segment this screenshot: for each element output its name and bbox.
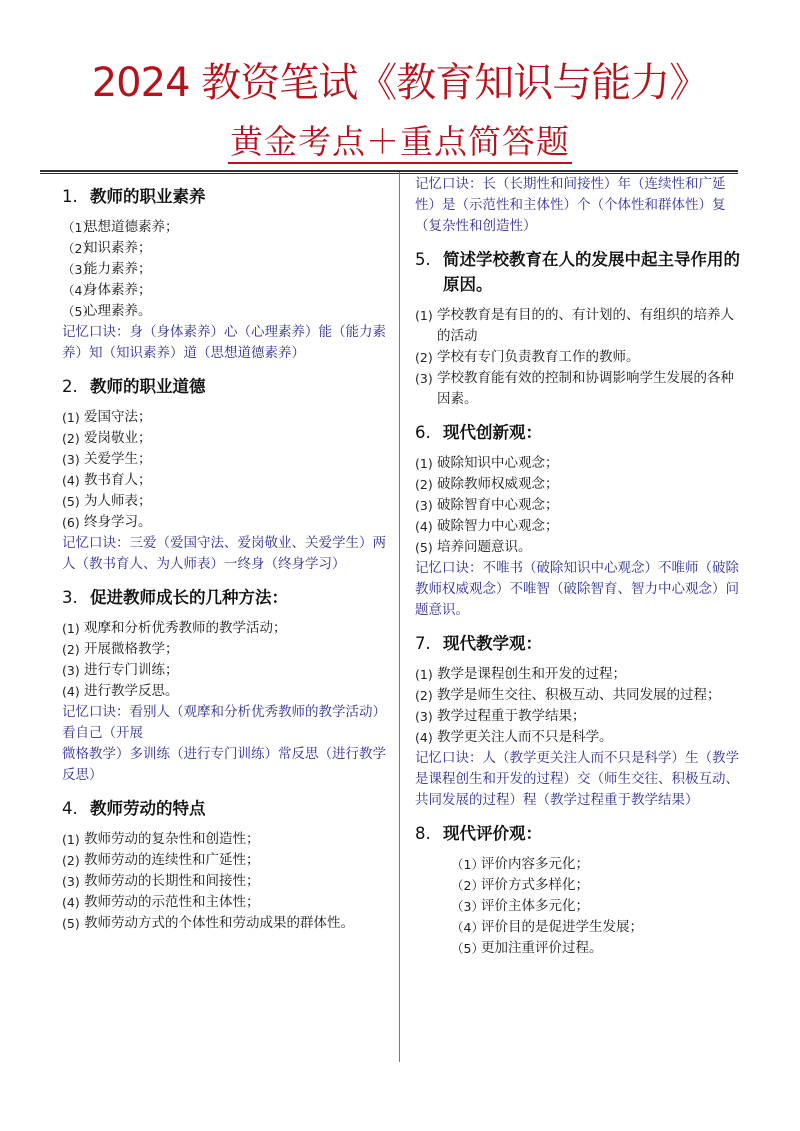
item-index: (3) [415, 368, 437, 410]
section-number: 7. [415, 631, 443, 656]
section-heading: 5. 简述学校教育在人的发展中起主导作用的原因。 [415, 247, 740, 297]
section-title: 教师劳动的特点 [90, 796, 392, 821]
document-subtitle: 黄金考点＋重点简答题 [228, 122, 572, 164]
section-title: 现代教学观： [443, 631, 740, 656]
item-text: 教书育人； [84, 470, 392, 491]
item-index: (5) [62, 913, 84, 934]
right-column: 记忆口诀：长（长期性和间接性）年（连续性和广延性）是（示范性和主体性）个（个体性… [415, 174, 740, 959]
list-item: （1）评价内容多元化； [451, 854, 740, 875]
item-text: 破除知识中心观念； [437, 453, 740, 474]
item-text: 破除智育中心观念； [437, 495, 740, 516]
section-number: 4. [62, 796, 90, 821]
item-text: 破除智力中心观念； [437, 516, 740, 537]
item-index: (1) [62, 829, 84, 850]
item-list: (1)观摩和分析优秀教师的教学活动； (2)开展微格教学； (3)进行专门训练；… [62, 618, 392, 702]
item-text: 教师劳动的长期性和间接性； [84, 871, 392, 892]
mnemonic-line: 记忆口诀：看别人（观摩和分析优秀教师的教学活动）看自己（开展 [62, 702, 392, 744]
section-2: 2. 教师的职业道德 (1)爱国守法； (2)爱岗敬业； (3)关爱学生； (4… [62, 374, 392, 575]
list-item: (1)学校教育是有目的的、有计划的、有组织的培养人的活动 [415, 305, 740, 347]
item-index: (5) [415, 537, 437, 558]
item-text: 教学过程重于教学结果； [437, 706, 740, 727]
list-item: (5)培养问题意识。 [415, 537, 740, 558]
item-index: (4) [62, 470, 84, 491]
list-item: (2)学校有专门负责教育工作的教师。 [415, 347, 740, 368]
item-index: (4) [62, 681, 84, 702]
item-text: 教师劳动的连续性和广延性； [84, 850, 392, 871]
section-title: 教师的职业素养 [90, 184, 392, 209]
item-text: 评价方式多样化； [481, 875, 740, 896]
item-text: 教学更关注人而不只是科学。 [437, 727, 740, 748]
item-text: 为人师表； [84, 491, 392, 512]
item-index: (2) [415, 474, 437, 495]
item-text: 终身学习。 [84, 512, 392, 533]
section-heading: 2. 教师的职业道德 [62, 374, 392, 399]
list-item: (6)终身学习。 [62, 512, 392, 533]
item-text: 评价内容多元化； [481, 854, 740, 875]
item-list: (1)破除知识中心观念； (2)破除教师权威观念； (3)破除智育中心观念； (… [415, 453, 740, 558]
item-list: (1)教师劳动的复杂性和创造性； (2)教师劳动的连续性和广延性； (3)教师劳… [62, 829, 392, 934]
list-item: (4)进行教学反思。 [62, 681, 392, 702]
list-item: (2)破除教师权威观念； [415, 474, 740, 495]
item-text: 学校教育能有效的控制和协调影响学生发展的各种因素。 [437, 368, 740, 410]
list-item: (4)教学更关注人而不只是科学。 [415, 727, 740, 748]
item-text: 教师劳动的复杂性和创造性； [84, 829, 392, 850]
section-5: 5. 简述学校教育在人的发展中起主导作用的原因。 (1)学校教育是有目的的、有计… [415, 247, 740, 410]
item-list: （1）思想道德素养； （2）知识素养； （3）能力素养； （4）身体素养； （5… [62, 217, 392, 322]
item-text: 破除教师权威观念； [437, 474, 740, 495]
item-index: (4) [62, 892, 84, 913]
item-index: （4） [62, 280, 84, 301]
item-index: (3) [415, 495, 437, 516]
list-item: （3）评价主体多元化； [451, 896, 740, 917]
list-item: （2）评价方式多样化； [451, 875, 740, 896]
item-index: （1） [62, 217, 84, 238]
item-index: (2) [415, 685, 437, 706]
item-text: 爱岗敬业； [84, 428, 392, 449]
item-text: 爱国守法； [84, 407, 392, 428]
item-text: 能力素养； [84, 259, 392, 280]
item-text: 评价目的是促进学生发展； [481, 917, 740, 938]
item-text: 教师劳动的示范性和主体性； [84, 892, 392, 913]
list-item: (2)教学是师生交往、积极互动、共同发展的过程； [415, 685, 740, 706]
item-index: （5） [451, 938, 481, 959]
list-item: (1)破除知识中心观念； [415, 453, 740, 474]
list-item: (3)关爱学生； [62, 449, 392, 470]
mnemonic-line: 微格教学）多训练（进行专门训练）常反思（进行教学反思） [62, 744, 392, 786]
item-text: 教学是师生交往、积极互动、共同发展的过程； [437, 685, 740, 706]
section-6: 6. 现代创新观： (1)破除知识中心观念； (2)破除教师权威观念； (3)破… [415, 420, 740, 621]
item-index: (2) [62, 428, 84, 449]
continued-mnemonic-text: 记忆口诀：长（长期性和间接性）年（连续性和广延性）是（示范性和主体性）个（个体性… [415, 174, 740, 237]
item-index: (2) [62, 850, 84, 871]
document-title: 2024 教资笔试《教育知识与能力》 [0, 58, 800, 108]
item-index: (4) [415, 516, 437, 537]
item-index: (1) [415, 305, 437, 347]
item-text: 开展微格教学； [84, 639, 392, 660]
item-list: （1）评价内容多元化； （2）评价方式多样化； （3）评价主体多元化； （4）评… [415, 854, 740, 959]
list-item: （2）知识素养； [62, 238, 392, 259]
list-item: (1)教师劳动的复杂性和创造性； [62, 829, 392, 850]
item-index: （1） [451, 854, 481, 875]
list-item: (4)教书育人； [62, 470, 392, 491]
item-index: (1) [62, 407, 84, 428]
item-index: (2) [415, 347, 437, 368]
section-1: 1. 教师的职业素养 （1）思想道德素养； （2）知识素养； （3）能力素养； … [62, 184, 392, 364]
section-3: 3. 促进教师成长的几种方法： (1)观摩和分析优秀教师的教学活动； (2)开展… [62, 585, 392, 786]
section-heading: 3. 促进教师成长的几种方法： [62, 585, 392, 610]
list-item: (3)教师劳动的长期性和间接性； [62, 871, 392, 892]
item-index: (1) [415, 664, 437, 685]
item-list: (1)教学是课程创生和开发的过程； (2)教学是师生交往、积极互动、共同发展的过… [415, 664, 740, 748]
list-item: (2)爱岗敬业； [62, 428, 392, 449]
item-index: (3) [415, 706, 437, 727]
section-heading: 1. 教师的职业素养 [62, 184, 392, 209]
item-index: (3) [62, 449, 84, 470]
section-8: 8. 现代评价观： （1）评价内容多元化； （2）评价方式多样化； （3）评价主… [415, 821, 740, 959]
mnemonic-text: 记忆口诀：身（身体素养）心（心理素养）能（能力素养）知（知识素养）道（思想道德素… [62, 322, 392, 364]
list-item: （1）思想道德素养； [62, 217, 392, 238]
item-text: 更加注重评价过程。 [481, 938, 740, 959]
section-heading: 4. 教师劳动的特点 [62, 796, 392, 821]
item-text: 进行教学反思。 [84, 681, 392, 702]
item-text: 学校教育是有目的的、有计划的、有组织的培养人的活动 [437, 305, 740, 347]
item-text: 身体素养； [84, 280, 392, 301]
section-number: 6. [415, 420, 443, 445]
item-index: (1) [62, 618, 84, 639]
list-item: （5）更加注重评价过程。 [451, 938, 740, 959]
item-index: (1) [415, 453, 437, 474]
list-item: (1)教学是课程创生和开发的过程； [415, 664, 740, 685]
subtitle-wrapper: 黄金考点＋重点简答题 [0, 122, 800, 164]
item-index: （3） [451, 896, 481, 917]
mnemonic-text: 记忆口诀：三爱（爱国守法、爱岗敬业、关爱学生）两人（教书育人、为人师表）一终身（… [62, 533, 392, 575]
item-index: (3) [62, 660, 84, 681]
item-text: 培养问题意识。 [437, 537, 740, 558]
section-number: 8. [415, 821, 443, 846]
column-divider [399, 172, 400, 1062]
list-item: (4)教师劳动的示范性和主体性； [62, 892, 392, 913]
list-item: (3)教学过程重于教学结果； [415, 706, 740, 727]
item-text: 知识素养； [84, 238, 392, 259]
section-7: 7. 现代教学观： (1)教学是课程创生和开发的过程； (2)教学是师生交往、积… [415, 631, 740, 811]
list-item: (3)学校教育能有效的控制和协调影响学生发展的各种因素。 [415, 368, 740, 410]
item-index: (5) [62, 491, 84, 512]
item-text: 学校有专门负责教育工作的教师。 [437, 347, 740, 368]
item-text: 关爱学生； [84, 449, 392, 470]
list-item: (5)教师劳动方式的个体性和劳动成果的群体性。 [62, 913, 392, 934]
section-number: 3. [62, 585, 90, 610]
section-heading: 8. 现代评价观： [415, 821, 740, 846]
list-item: (3)进行专门训练； [62, 660, 392, 681]
item-index: （4） [451, 917, 481, 938]
list-item: （5）心理素养。 [62, 301, 392, 322]
item-text: 教学是课程创生和开发的过程； [437, 664, 740, 685]
item-text: 思想道德素养； [84, 217, 392, 238]
item-text: 教师劳动方式的个体性和劳动成果的群体性。 [84, 913, 392, 934]
item-index: (4) [415, 727, 437, 748]
left-column: 1. 教师的职业素养 （1）思想道德素养； （2）知识素养； （3）能力素养； … [62, 174, 392, 934]
item-index: （5） [62, 301, 84, 322]
section-heading: 6. 现代创新观： [415, 420, 740, 445]
item-list: (1)学校教育是有目的的、有计划的、有组织的培养人的活动 (2)学校有专门负责教… [415, 305, 740, 410]
section-title: 现代创新观： [443, 420, 740, 445]
section-4: 4. 教师劳动的特点 (1)教师劳动的复杂性和创造性； (2)教师劳动的连续性和… [62, 796, 392, 934]
list-item: （3）能力素养； [62, 259, 392, 280]
section-title: 现代评价观： [443, 821, 740, 846]
list-item: (2)开展微格教学； [62, 639, 392, 660]
item-text: 进行专门训练； [84, 660, 392, 681]
list-item: (4)破除智力中心观念； [415, 516, 740, 537]
mnemonic-text: 记忆口诀：人（教学更关注人而不只是科学）生（教学是课程创生和开发的过程）交（师生… [415, 748, 740, 811]
section-number: 1. [62, 184, 90, 209]
section-title: 教师的职业道德 [90, 374, 392, 399]
item-text: 观摩和分析优秀教师的教学活动； [84, 618, 392, 639]
list-item: (1)观摩和分析优秀教师的教学活动； [62, 618, 392, 639]
item-text: 评价主体多元化； [481, 896, 740, 917]
list-item: (3)破除智育中心观念； [415, 495, 740, 516]
item-text: 心理素养。 [84, 301, 392, 322]
list-item: (5)为人师表； [62, 491, 392, 512]
list-item: (2)教师劳动的连续性和广延性； [62, 850, 392, 871]
section-title: 简述学校教育在人的发展中起主导作用的原因。 [443, 247, 740, 297]
section-number: 2. [62, 374, 90, 399]
item-index: (3) [62, 871, 84, 892]
list-item: （4）评价目的是促进学生发展； [451, 917, 740, 938]
section-number: 5. [415, 247, 443, 297]
list-item: （4）身体素养； [62, 280, 392, 301]
item-index: （3） [62, 259, 84, 280]
list-item: (1)爱国守法； [62, 407, 392, 428]
mnemonic-text: 记忆口诀：不唯书（破除知识中心观念）不唯师（破除教师权威观念）不唯智（破除智育、… [415, 558, 740, 621]
item-list: (1)爱国守法； (2)爱岗敬业； (3)关爱学生； (4)教书育人； (5)为… [62, 407, 392, 533]
section-title: 促进教师成长的几种方法： [90, 585, 392, 610]
item-index: （2） [62, 238, 84, 259]
item-index: (2) [62, 639, 84, 660]
item-index: (6) [62, 512, 84, 533]
item-index: （2） [451, 875, 481, 896]
section-heading: 7. 现代教学观： [415, 631, 740, 656]
